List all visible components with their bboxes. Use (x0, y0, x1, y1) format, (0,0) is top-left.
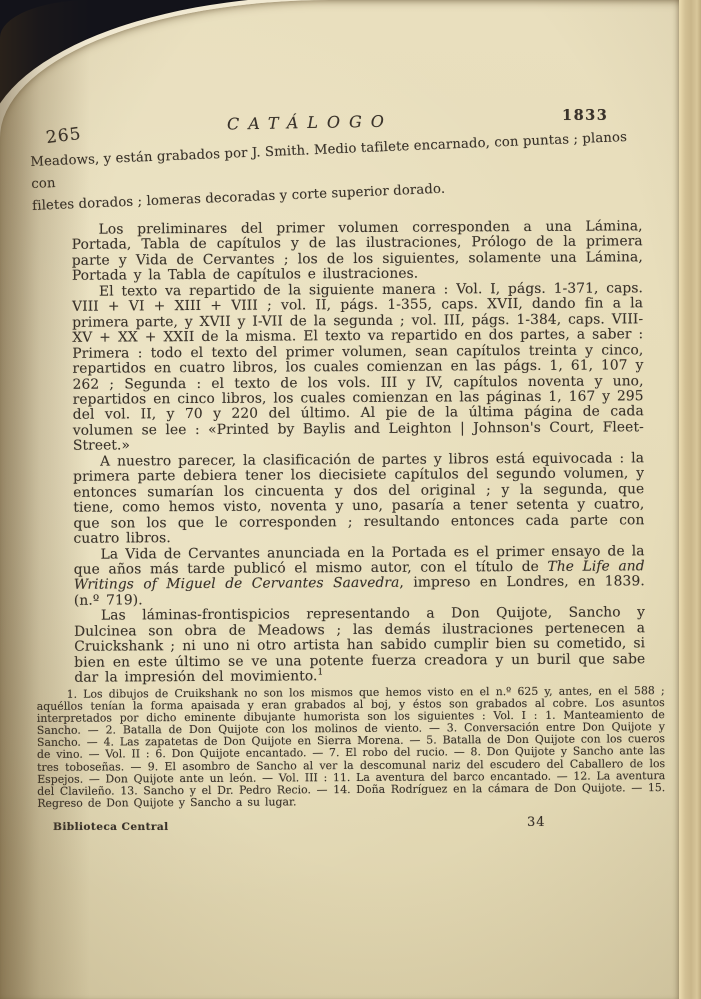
footnote-text: 1. Los dibujos de Cruikshank no son los … (37, 685, 666, 810)
paragraph-laminas-text: Las láminas-frontispicios representando … (74, 605, 645, 686)
printed-page-number: 34 (527, 815, 546, 830)
book-page: 265 CATÁLOGO 1833 Meadows, y están graba… (0, 0, 679, 999)
carryover-paragraph: Meadows, y están grabados por J. Smith. … (30, 126, 652, 218)
paragraph-preliminares: Los preliminares del primer volumen corr… (72, 219, 643, 284)
main-text-block: Los preliminares del primer volumen corr… (72, 219, 646, 686)
running-header-title: CATÁLOGO (150, 110, 470, 135)
running-header-year: 1833 (562, 107, 608, 124)
paragraph-laminas: Las láminas-frontispicios representando … (74, 606, 645, 687)
library-stamp-imprint: Biblioteca Central (53, 821, 169, 833)
paragraph-texto-repartido: El texto va repartido de la siguiente ma… (72, 281, 644, 454)
handwritten-page-number: 265 (45, 124, 83, 148)
footnote-reference-mark: 1 (317, 668, 323, 678)
paragraph-vida-de-cervantes: La Vida de Cervantes anunciada en la Por… (74, 544, 645, 609)
paragraph-clasificacion: A nuestro parecer, la clasificación de p… (73, 451, 645, 547)
book-photo: 265 CATÁLOGO 1833 Meadows, y están graba… (0, 0, 701, 999)
